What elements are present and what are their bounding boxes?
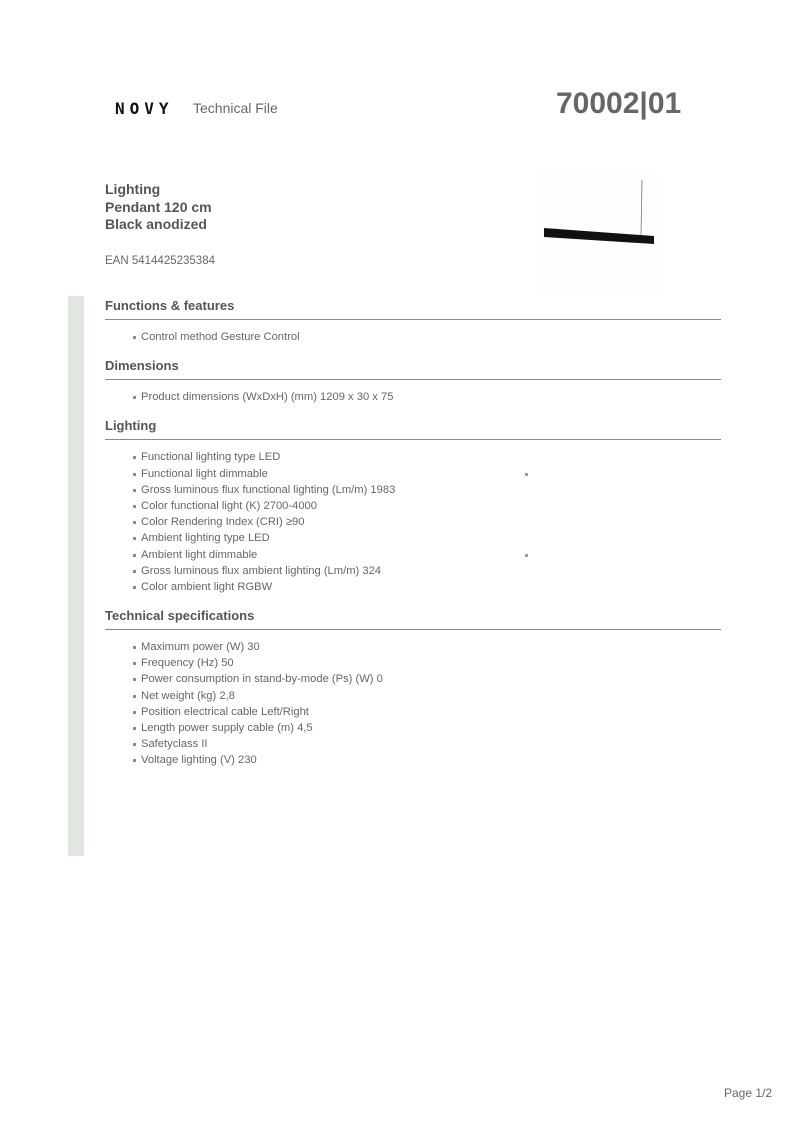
bullet-icon <box>133 570 136 573</box>
spec-item-text: Ambient lighting type LED <box>141 532 270 544</box>
bullet-icon <box>133 473 136 476</box>
spec-item: Gross luminous flux ambient lighting (Lm… <box>133 563 721 579</box>
spec-item: Frequency (Hz) 50 <box>133 655 721 671</box>
section-heading: Functions & features <box>105 298 721 320</box>
spec-item: Length power supply cable (m) 4,5 <box>133 720 721 736</box>
spec-item-text: Control method Gesture Control <box>141 331 300 343</box>
bullet-icon <box>133 759 136 762</box>
section-dimensions: DimensionsProduct dimensions (WxDxH) (mm… <box>105 358 721 418</box>
spec-item: Control method Gesture Control <box>133 329 721 345</box>
spec-item: Functional lighting type LED <box>133 449 721 465</box>
spec-item: Gross luminous flux functional lighting … <box>133 482 721 498</box>
spec-item: Power consumption in stand-by-mode (Ps) … <box>133 671 721 687</box>
bullet-icon <box>133 678 136 681</box>
spec-item-text: Product dimensions (WxDxH) (mm) 1209 x 3… <box>141 391 393 403</box>
section-spacer <box>105 405 721 418</box>
section-heading: Dimensions <box>105 358 721 380</box>
spec-list: Functional lighting type LEDFunctional l… <box>105 440 721 595</box>
section-spacer <box>105 345 721 358</box>
article-number: 70002|01 <box>556 87 681 121</box>
ean-code: EAN 5414425235384 <box>105 255 215 267</box>
spec-item: Color Rendering Index (CRI) ≥90 <box>133 514 721 530</box>
spec-item: Color functional light (K) 2700-4000 <box>133 498 721 514</box>
product-category: Lighting <box>105 181 212 199</box>
spec-item: Color ambient light RGBW <box>133 579 721 595</box>
bullet-icon <box>133 554 136 557</box>
spec-item-text: Maximum power (W) 30 <box>141 641 260 653</box>
spec-item-text: Color Rendering Index (CRI) ≥90 <box>141 516 304 528</box>
brand-logo: NOVY <box>115 99 174 118</box>
bullet-icon <box>133 695 136 698</box>
bullet-icon <box>133 489 136 492</box>
spec-item-text: Safetyclass II <box>141 738 208 750</box>
feature-present-icon <box>525 554 528 557</box>
spec-item: Safetyclass II <box>133 736 721 752</box>
spec-item-text: Length power supply cable (m) 4,5 <box>141 722 313 734</box>
bullet-icon <box>133 537 136 540</box>
spec-item-text: Net weight (kg) 2,8 <box>141 690 235 702</box>
spec-item-text: Position electrical cable Left/Right <box>141 706 309 718</box>
accent-bar <box>68 296 84 856</box>
spec-item-text: Power consumption in stand-by-mode (Ps) … <box>141 673 383 685</box>
spec-item-text: Functional light dimmable <box>141 468 268 480</box>
bullet-icon <box>133 743 136 746</box>
bullet-icon <box>133 456 136 459</box>
spec-item-text: Frequency (Hz) 50 <box>141 657 234 669</box>
section-spacer <box>105 595 721 608</box>
spec-item-text: Gross luminous flux ambient lighting (Lm… <box>141 565 381 577</box>
bullet-icon <box>133 521 136 524</box>
section-functions-features: Functions & featuresControl method Gestu… <box>105 298 721 358</box>
spec-item-text: Color functional light (K) 2700-4000 <box>141 500 317 512</box>
section-technical-specifications: Technical specificationsMaximum power (W… <box>105 608 721 769</box>
product-image <box>536 174 658 292</box>
spec-list: Product dimensions (WxDxH) (mm) 1209 x 3… <box>105 380 721 405</box>
bullet-icon <box>133 505 136 508</box>
spec-item-text: Functional lighting type LED <box>141 451 280 463</box>
spec-list: Control method Gesture Control <box>105 320 721 345</box>
bullet-icon <box>133 336 136 339</box>
spec-item: Ambient light dimmable <box>133 547 721 563</box>
bullet-icon <box>133 711 136 714</box>
spec-item-text: Ambient light dimmable <box>141 549 257 561</box>
section-lighting: LightingFunctional lighting type LEDFunc… <box>105 418 721 608</box>
spec-item: Functional light dimmable <box>133 466 721 482</box>
spec-item: Position electrical cable Left/Right <box>133 704 721 720</box>
spec-item-text: Voltage lighting (V) 230 <box>141 754 257 766</box>
spec-item-text: Color ambient light RGBW <box>141 581 272 593</box>
spec-item: Voltage lighting (V) 230 <box>133 752 721 768</box>
bullet-icon <box>133 586 136 589</box>
section-heading: Technical specifications <box>105 608 721 630</box>
bullet-icon <box>133 646 136 649</box>
spec-item: Ambient lighting type LED <box>133 530 721 546</box>
product-model: Pendant 120 cm <box>105 199 212 217</box>
bullet-icon <box>133 396 136 399</box>
product-title: Lighting Pendant 120 cm Black anodized <box>105 181 212 234</box>
spec-sections: Functions & featuresControl method Gestu… <box>105 298 721 769</box>
spec-item: Maximum power (W) 30 <box>133 639 721 655</box>
document-type: Technical File <box>193 100 278 116</box>
spec-list: Maximum power (W) 30Frequency (Hz) 50Pow… <box>105 630 721 769</box>
section-heading: Lighting <box>105 418 721 440</box>
spec-item: Net weight (kg) 2,8 <box>133 688 721 704</box>
bullet-icon <box>133 727 136 730</box>
bullet-icon <box>133 662 136 665</box>
spec-item: Product dimensions (WxDxH) (mm) 1209 x 3… <box>133 389 721 405</box>
spec-item-text: Gross luminous flux functional lighting … <box>141 484 395 496</box>
page-number: Page 1/2 <box>724 1086 772 1100</box>
feature-present-icon <box>525 473 528 476</box>
pendant-light-icon <box>536 174 658 292</box>
product-finish: Black anodized <box>105 216 212 234</box>
